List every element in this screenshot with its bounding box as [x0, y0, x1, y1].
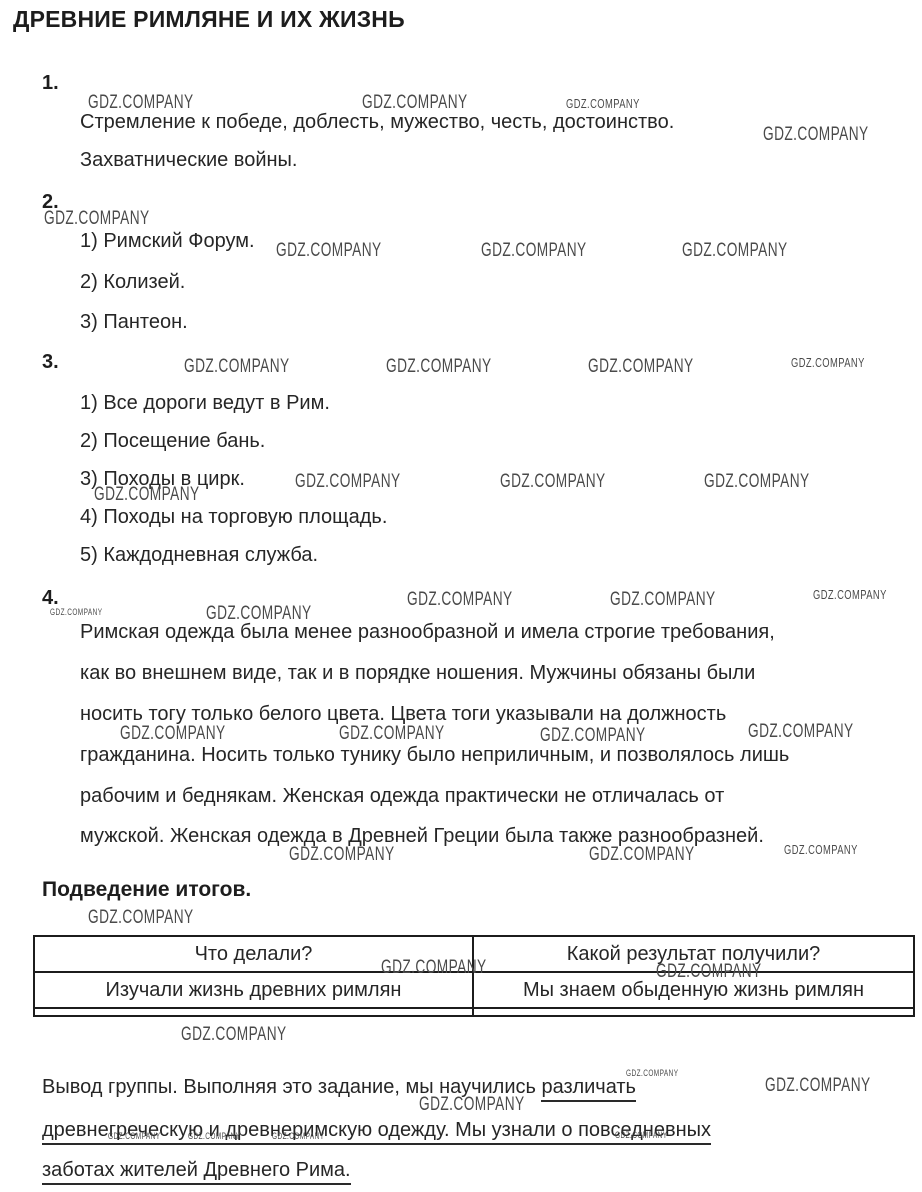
watermark-stamp: GDZ.COMPANY: [784, 842, 858, 857]
watermark-stamp: GDZ.COMPANY: [615, 1130, 668, 1140]
watermark-stamp: GDZ.COMPANY: [184, 356, 290, 378]
watermark-stamp: GDZ.COMPANY: [588, 356, 694, 378]
watermark-stamp: GDZ.COMPANY: [791, 355, 865, 370]
watermark-stamp: GDZ.COMPANY: [682, 240, 788, 262]
watermark-stamp: GDZ.COMPANY: [419, 1094, 525, 1116]
watermark-stamp: GDZ.COMPANY: [108, 1131, 161, 1141]
document-page: ДРЕВНИЕ РИМЛЯНЕ И ИХ ЖИЗНЬ 1. Стремление…: [0, 0, 922, 1192]
watermark-stamp: GDZ.COMPANY: [566, 96, 640, 111]
watermark-stamp: GDZ.COMPANY: [276, 240, 382, 262]
watermark-stamp: GDZ.COMPANY: [626, 1068, 679, 1078]
watermark-stamp: GDZ.COMPANY: [481, 240, 587, 262]
watermark-stamp: GDZ.COMPANY: [656, 961, 762, 983]
section-1-number: 1.: [42, 71, 59, 95]
summary-heading: Подведение итогов.: [42, 878, 251, 902]
watermark-stamp: GDZ.COMPANY: [589, 844, 695, 866]
watermark-stamp: GDZ.COMPANY: [610, 589, 716, 611]
watermark-stamp: GDZ.COMPANY: [339, 723, 445, 745]
watermark-stamp: GDZ.COMPANY: [407, 589, 513, 611]
watermark-stamp: GDZ.COMPANY: [748, 721, 854, 743]
watermark-stamp: GDZ.COMPANY: [362, 92, 468, 114]
conclusion-line-3: заботах жителей Древнего Рима.: [42, 1158, 351, 1182]
table-empty-strip: [35, 1009, 913, 1015]
watermark-stamp: GDZ.COMPANY: [88, 907, 194, 929]
watermark-stamp: GDZ.COMPANY: [206, 603, 312, 625]
section-3-item-2: 2) Посещение бань.: [80, 429, 265, 453]
section-4-line-2: как во внешнем виде, так и в порядке нош…: [80, 661, 755, 685]
watermark-stamp: GDZ.COMPANY: [381, 957, 487, 979]
watermark-stamp: GDZ.COMPANY: [50, 607, 103, 617]
section-2-item-2: 2) Колизей.: [80, 270, 185, 294]
watermark-stamp: GDZ.COMPANY: [295, 471, 401, 493]
watermark-stamp: GDZ.COMPANY: [272, 1131, 325, 1141]
conclusion-line-1: Вывод группы. Выполняя это задание, мы н…: [42, 1075, 636, 1099]
section-3-item-4: 4) Походы на торговую площадь.: [80, 505, 387, 529]
watermark-stamp: GDZ.COMPANY: [188, 1131, 241, 1141]
page-title: ДРЕВНИЕ РИМЛЯНЕ И ИХ ЖИЗНЬ: [13, 6, 405, 33]
section-3-item-5: 5) Каждодневная служба.: [80, 543, 318, 567]
section-3-item-1: 1) Все дороги ведут в Рим.: [80, 391, 330, 415]
watermark-stamp: GDZ.COMPANY: [94, 484, 200, 506]
conclusion-text-underlined-1: различать: [541, 1076, 636, 1102]
conclusion-text-underlined-3: заботах жителей Древнего Рима.: [42, 1159, 351, 1185]
section-4-line-4: гражданина. Носить только тунику было не…: [80, 743, 789, 767]
watermark-stamp: GDZ.COMPANY: [88, 92, 194, 114]
watermark-stamp: GDZ.COMPANY: [386, 356, 492, 378]
section-4-line-1: Римская одежда была менее разнообразной …: [80, 620, 775, 644]
section-1-line-2: Захватнические войны.: [80, 148, 297, 172]
watermark-stamp: GDZ.COMPANY: [181, 1024, 287, 1046]
watermark-stamp: GDZ.COMPANY: [765, 1075, 871, 1097]
section-2-item-3: 3) Пантеон.: [80, 310, 188, 334]
section-3-number: 3.: [42, 350, 59, 374]
watermark-stamp: GDZ.COMPANY: [289, 844, 395, 866]
watermark-stamp: GDZ.COMPANY: [540, 725, 646, 747]
watermark-stamp: GDZ.COMPANY: [763, 124, 869, 146]
section-4-line-5: рабочим и беднякам. Женская одежда практ…: [80, 784, 724, 808]
watermark-stamp: GDZ.COMPANY: [813, 587, 887, 602]
section-2-item-1: 1) Римский Форум.: [80, 229, 255, 253]
watermark-stamp: GDZ.COMPANY: [500, 471, 606, 493]
watermark-stamp: GDZ.COMPANY: [120, 723, 226, 745]
watermark-stamp: GDZ.COMPANY: [704, 471, 810, 493]
watermark-stamp: GDZ.COMPANY: [44, 208, 150, 230]
